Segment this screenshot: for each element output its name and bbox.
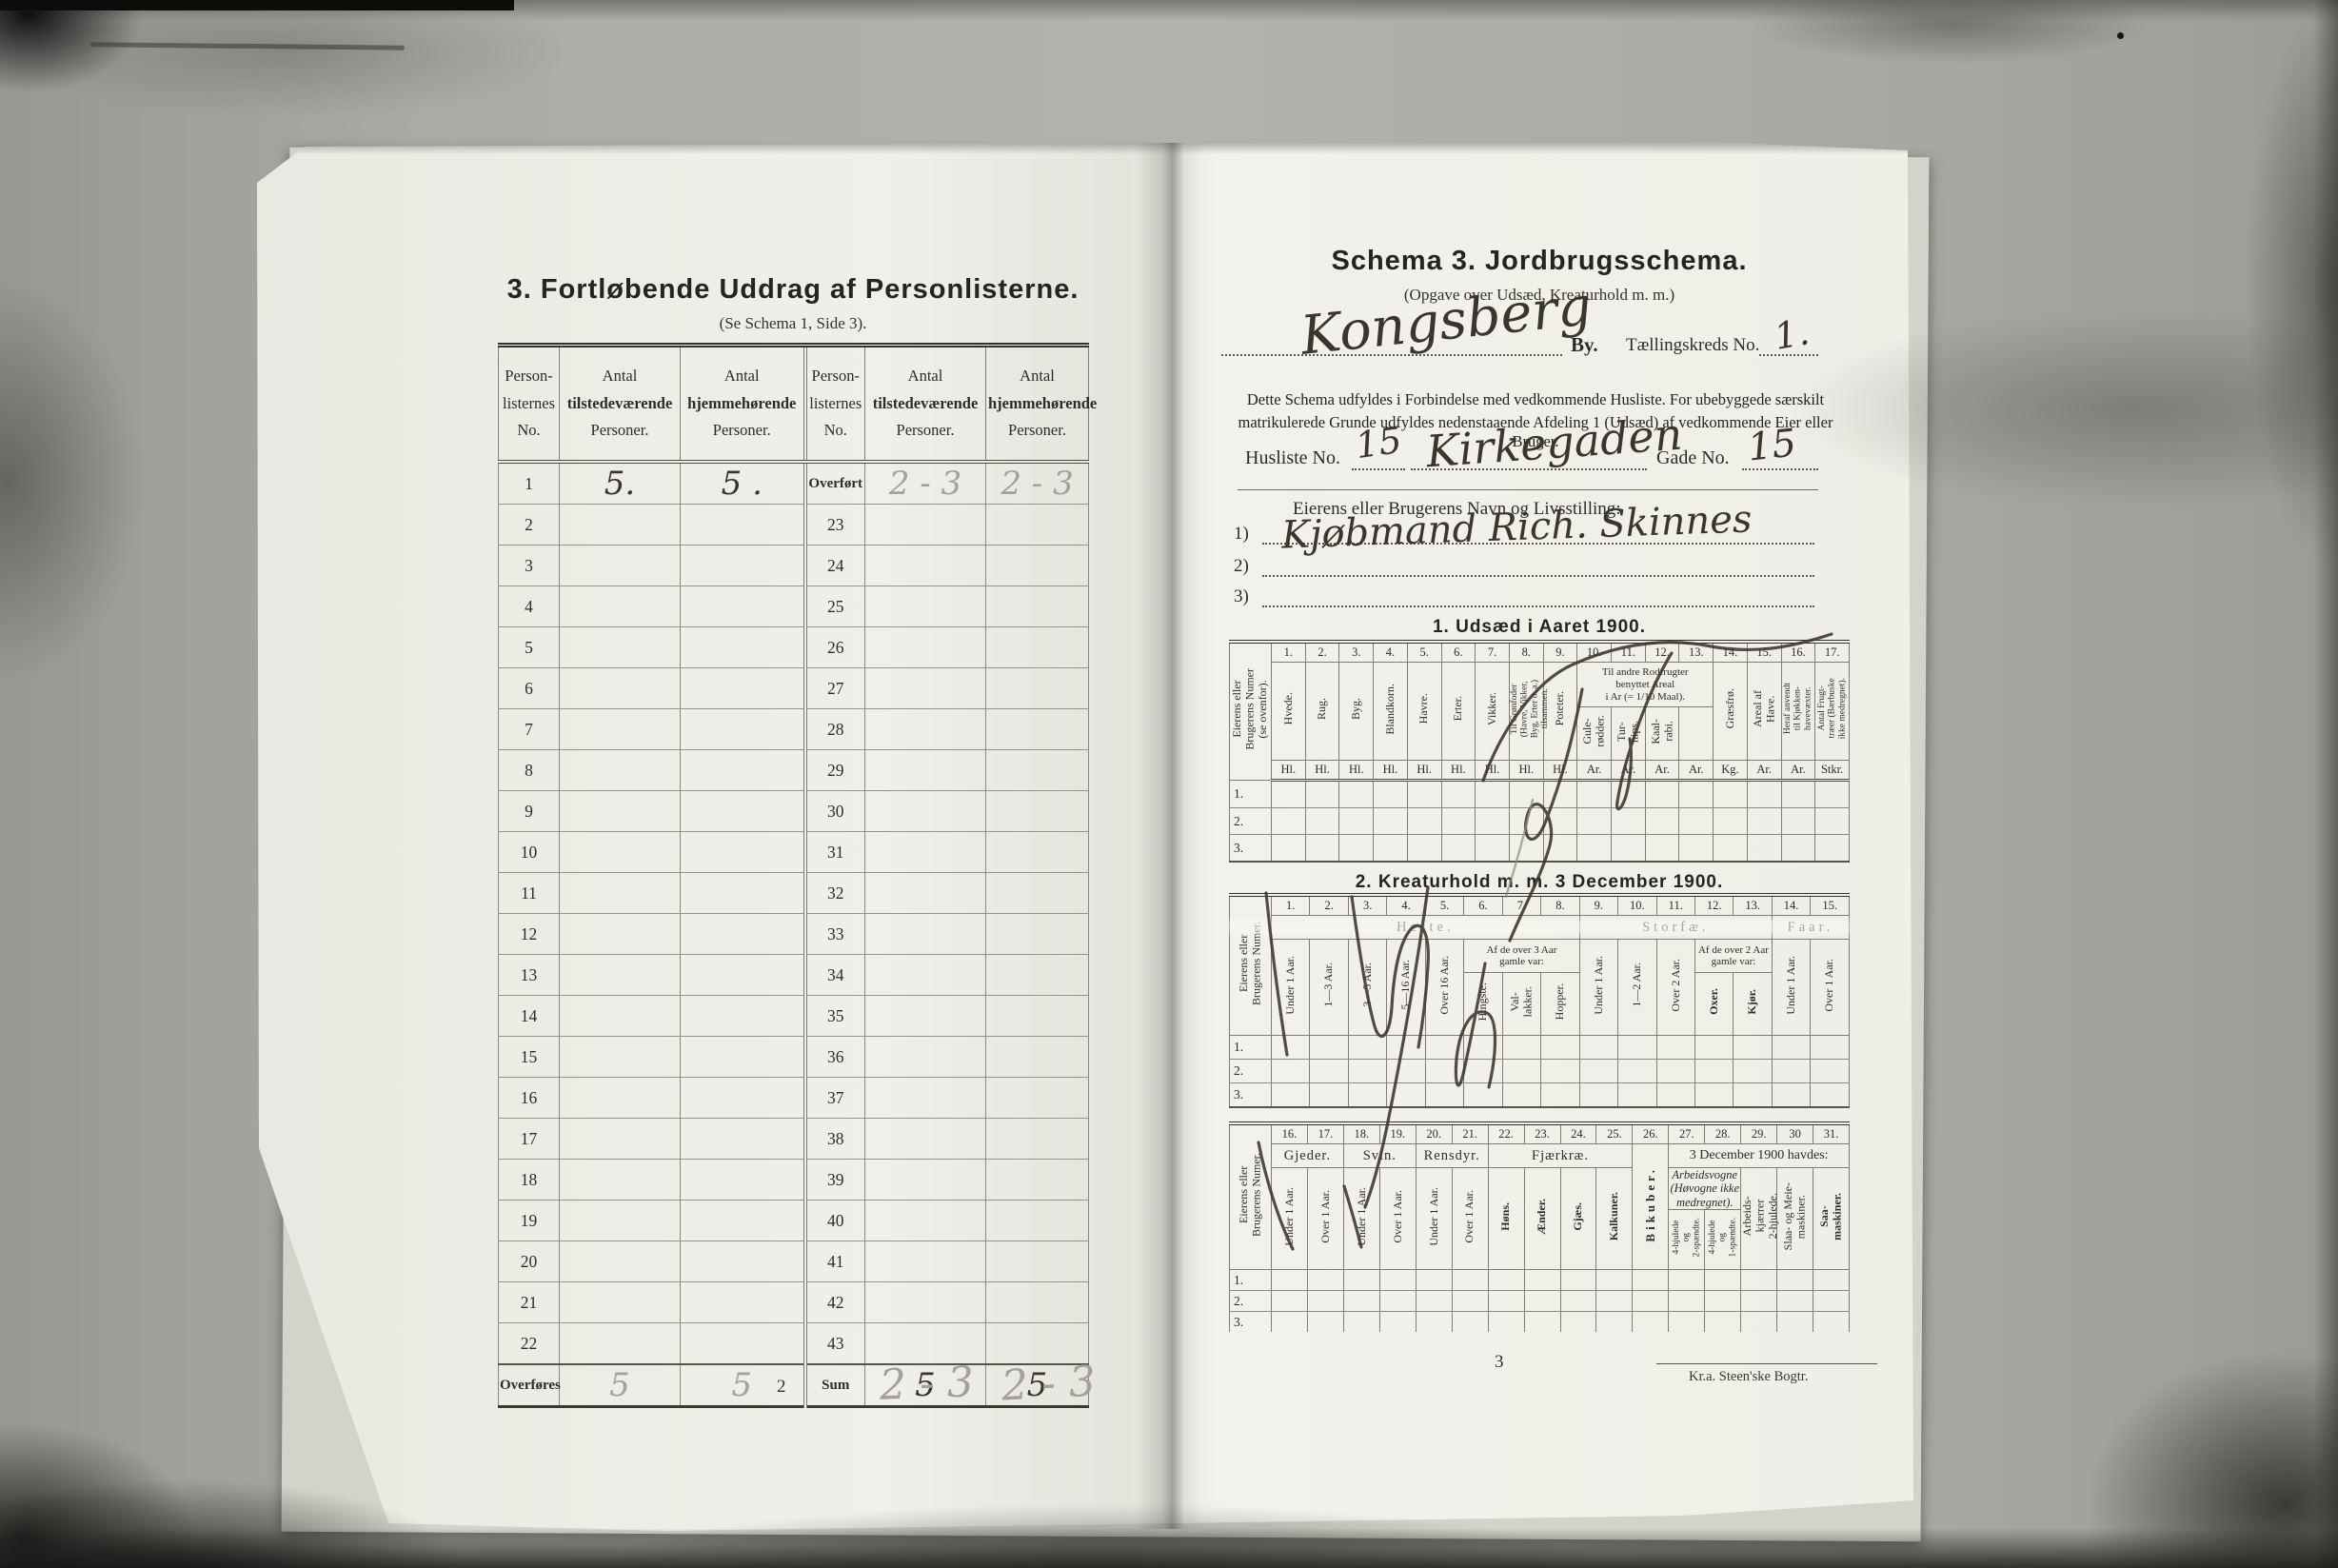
- left-table-header-row: Person-listernesNo. Antaltilstedeværende…: [499, 346, 1089, 463]
- krea-b-stub: Eierens eller Brugerens Numer.: [1230, 1123, 1272, 1270]
- col-header-present: AntaltilstedeværendePersoner.: [560, 346, 681, 463]
- handwritten-entry: 2 - 3: [986, 462, 1089, 505]
- table-row: 3.: [1230, 835, 1850, 863]
- handwritten-entry: 5.: [560, 462, 681, 505]
- printer-rule: [1656, 1363, 1877, 1364]
- table-row: 1031: [499, 832, 1089, 873]
- kreaturhold-table-b: Eierens eller Brugerens Numer. 16.17.18.…: [1229, 1121, 1850, 1332]
- scan-speck: [2117, 32, 2124, 39]
- storfae-subgroup-label: Af de over 2 Aar gamle var:: [1694, 940, 1772, 973]
- krea_b-body: 1.2.3.: [1230, 1270, 1850, 1333]
- rodfrugt-group-header: Til andre Rodfrugter benyttet Areal i Ar…: [1577, 663, 1714, 707]
- udsaed-units-row: Hl.Hl.Hl.Hl.Hl.Hl.Hl.Hl.Hl.Ar.Ar.Ar.Ar.K…: [1230, 761, 1850, 781]
- group-heste: Heste.: [1272, 916, 1580, 940]
- krea-a-names-row: Under 1 Aar. 1—3 Aar. 3—5 Aar. 5—16 Aar.…: [1230, 940, 1850, 973]
- pencil-streak: [90, 42, 405, 50]
- udsaed-names-row: Hvede. Rug. Byg. Blandkorn. Havre. Erter…: [1230, 663, 1850, 707]
- table-row: 526: [499, 627, 1089, 668]
- group-gjeder: Gjeder.: [1272, 1144, 1344, 1168]
- table-row: 3.: [1230, 1312, 1850, 1333]
- table-row: 324: [499, 546, 1089, 586]
- owner-line-3-no: 3): [1234, 586, 1249, 607]
- scanned-census-document: 3. Fortløbende Uddrag af Personlisterne.…: [0, 0, 2338, 1568]
- left-table-body: 15.5 .Overført2 - 32 - 32233244255266277…: [499, 462, 1089, 1407]
- husliste-handwriting: 15: [1354, 422, 1404, 464]
- table-row: 930: [499, 791, 1089, 832]
- col-header-listno-2: Person-listernesNo.: [805, 346, 865, 463]
- table-row: 425: [499, 586, 1089, 627]
- table-row: 1334: [499, 955, 1089, 996]
- krea-a-stub: Eierens eller Brugerens Numer.: [1230, 895, 1272, 1036]
- table-row: 223: [499, 505, 1089, 546]
- group-havdes: 3 December 1900 havdes:: [1669, 1144, 1850, 1168]
- table-row: 1.: [1230, 1036, 1850, 1060]
- printer-mark: Kr.a. Steen'ske Bogtr.: [1689, 1369, 1808, 1385]
- table-row: 1536: [499, 1037, 1089, 1078]
- right-page: Schema 3. Jordbrugsschema. (Opgave over …: [1159, 141, 1913, 1531]
- udsaed-table: Eierens eller Brugerens Numer (se ovenfo…: [1229, 640, 1850, 863]
- kreaturhold-table-a: Eierens eller Brugerens Numer. 1.2.3.4.5…: [1229, 893, 1850, 1108]
- col-header-home-2: AntalhjemmehørendePersoner.: [986, 346, 1089, 463]
- table-row: 1.: [1230, 1270, 1850, 1291]
- udsaed-section-title: 1. Udsæd i Aaret 1900.: [1229, 617, 1850, 638]
- person-extract-table: Person-listernesNo. Antaltilstedeværende…: [498, 343, 1089, 1408]
- owner-line-3: [1262, 605, 1814, 607]
- table-row: 728: [499, 709, 1089, 750]
- owner-line-1-no: 1): [1234, 524, 1249, 545]
- pencil-total-note-b: 2 - 3: [1001, 1360, 1097, 1407]
- table-row: 1738: [499, 1119, 1089, 1160]
- table-row: 15.5 .Overført2 - 32 - 3: [499, 462, 1089, 505]
- district-handwriting: 1.: [1772, 313, 1812, 355]
- table-row: 1940: [499, 1201, 1089, 1241]
- table-row: 1233: [499, 914, 1089, 955]
- table-row: 2041: [499, 1241, 1089, 1282]
- district-label: Tællingskreds No.: [1626, 335, 1759, 356]
- husliste-label: Husliste No.: [1245, 447, 1340, 469]
- scan-edge-bar: [0, 0, 514, 10]
- person-extract-table-grid: Person-listernesNo. Antaltilstedeværende…: [498, 343, 1089, 1408]
- krea-b-group-row: Gjeder. Svin. Rensdyr. Fjærkræ. Bikuber.…: [1230, 1144, 1850, 1168]
- krea-a-number-row: Eierens eller Brugerens Numer. 1.2.3.4.5…: [1230, 895, 1850, 916]
- group-storfae: Storfæ.: [1579, 916, 1772, 940]
- table-row: 627: [499, 668, 1089, 709]
- right-page-title: Schema 3. Jordbrugsschema.: [1229, 246, 1850, 277]
- section-divider-rule: [1238, 489, 1818, 490]
- handwritten-entry: 5: [560, 1364, 681, 1407]
- krea-a-group-row: Heste. Storfæ. Faar.: [1230, 916, 1850, 940]
- group-fjaerkrae: Fjærkræ.: [1488, 1144, 1633, 1168]
- table-row: 2.: [1230, 808, 1850, 835]
- table-row: 2243: [499, 1323, 1089, 1365]
- table-row: 1839: [499, 1160, 1089, 1201]
- krea_a-body: 1.2.3.: [1230, 1036, 1850, 1108]
- left-page-number: 2: [777, 1377, 786, 1398]
- krea-b-names-row: Under 1 Aar. Over 1 Aar. Under 1 Aar. Ov…: [1230, 1168, 1850, 1210]
- handwritten-entry: 5 .: [681, 462, 805, 505]
- col-bikuber: Bikuber.: [1633, 1144, 1669, 1270]
- table-row: 2.: [1230, 1060, 1850, 1083]
- table-row: 1435: [499, 996, 1089, 1037]
- owner-line-2-no: 2): [1234, 556, 1249, 577]
- table-row: 1637: [499, 1078, 1089, 1119]
- table-row: 2142: [499, 1282, 1089, 1323]
- right-page-number: 3: [1495, 1352, 1504, 1373]
- heste-subgroup-label: Af de over 3 Aar gamle var:: [1464, 940, 1579, 973]
- kreaturhold-section-title: 2. Kreaturhold m. m. 3 December 1900.: [1229, 872, 1850, 893]
- udsaed-number-row: Eierens eller Brugerens Numer (se ovenfo…: [1230, 642, 1850, 663]
- group-svin: Svin.: [1343, 1144, 1416, 1168]
- left-page-subtitle: (Se Schema 1, Side 3).: [498, 314, 1088, 333]
- handwritten-entry: 2 - 3: [865, 462, 986, 505]
- table-row: 829: [499, 750, 1089, 791]
- group-rensdyr: Rensdyr.: [1416, 1144, 1488, 1168]
- owner-line-2: [1262, 575, 1814, 577]
- group-faar: Faar.: [1772, 916, 1849, 940]
- krea-b-number-row: Eierens eller Brugerens Numer. 16.17.18.…: [1230, 1123, 1850, 1144]
- col-header-present-2: AntaltilstedeværendePersoner.: [865, 346, 986, 463]
- col-header-home: AntalhjemmehørendePersoner.: [681, 346, 805, 463]
- udsaed-stub: Eierens eller Brugerens Numer (se ovenfo…: [1230, 642, 1272, 781]
- husliste-fill-line: [1352, 468, 1405, 470]
- table-row: 1.: [1230, 781, 1850, 808]
- left-page: 3. Fortløbende Uddrag af Personlisterne.…: [255, 141, 1159, 1531]
- udsaed-body: 1.2.3.: [1230, 781, 1850, 863]
- intro-line-1: Dette Schema udfyldes i Forbindelse med …: [1217, 390, 1854, 409]
- table-row: 3.: [1230, 1083, 1850, 1108]
- table-row: 2.: [1230, 1291, 1850, 1312]
- vogne-group-label: Arbeidsvogne (Høvogne ikke medregnet).: [1669, 1168, 1741, 1210]
- table-row: 1132: [499, 873, 1089, 914]
- handwritten-entry: 5: [681, 1364, 805, 1407]
- pencil-total-note-a: 2 - 3: [879, 1361, 974, 1406]
- gade-handwriting: 15: [1746, 424, 1798, 466]
- left-page-title: 3. Fortløbende Uddrag af Personlisterne.: [498, 274, 1088, 306]
- col-header-listno: Person-listernesNo.: [499, 346, 560, 463]
